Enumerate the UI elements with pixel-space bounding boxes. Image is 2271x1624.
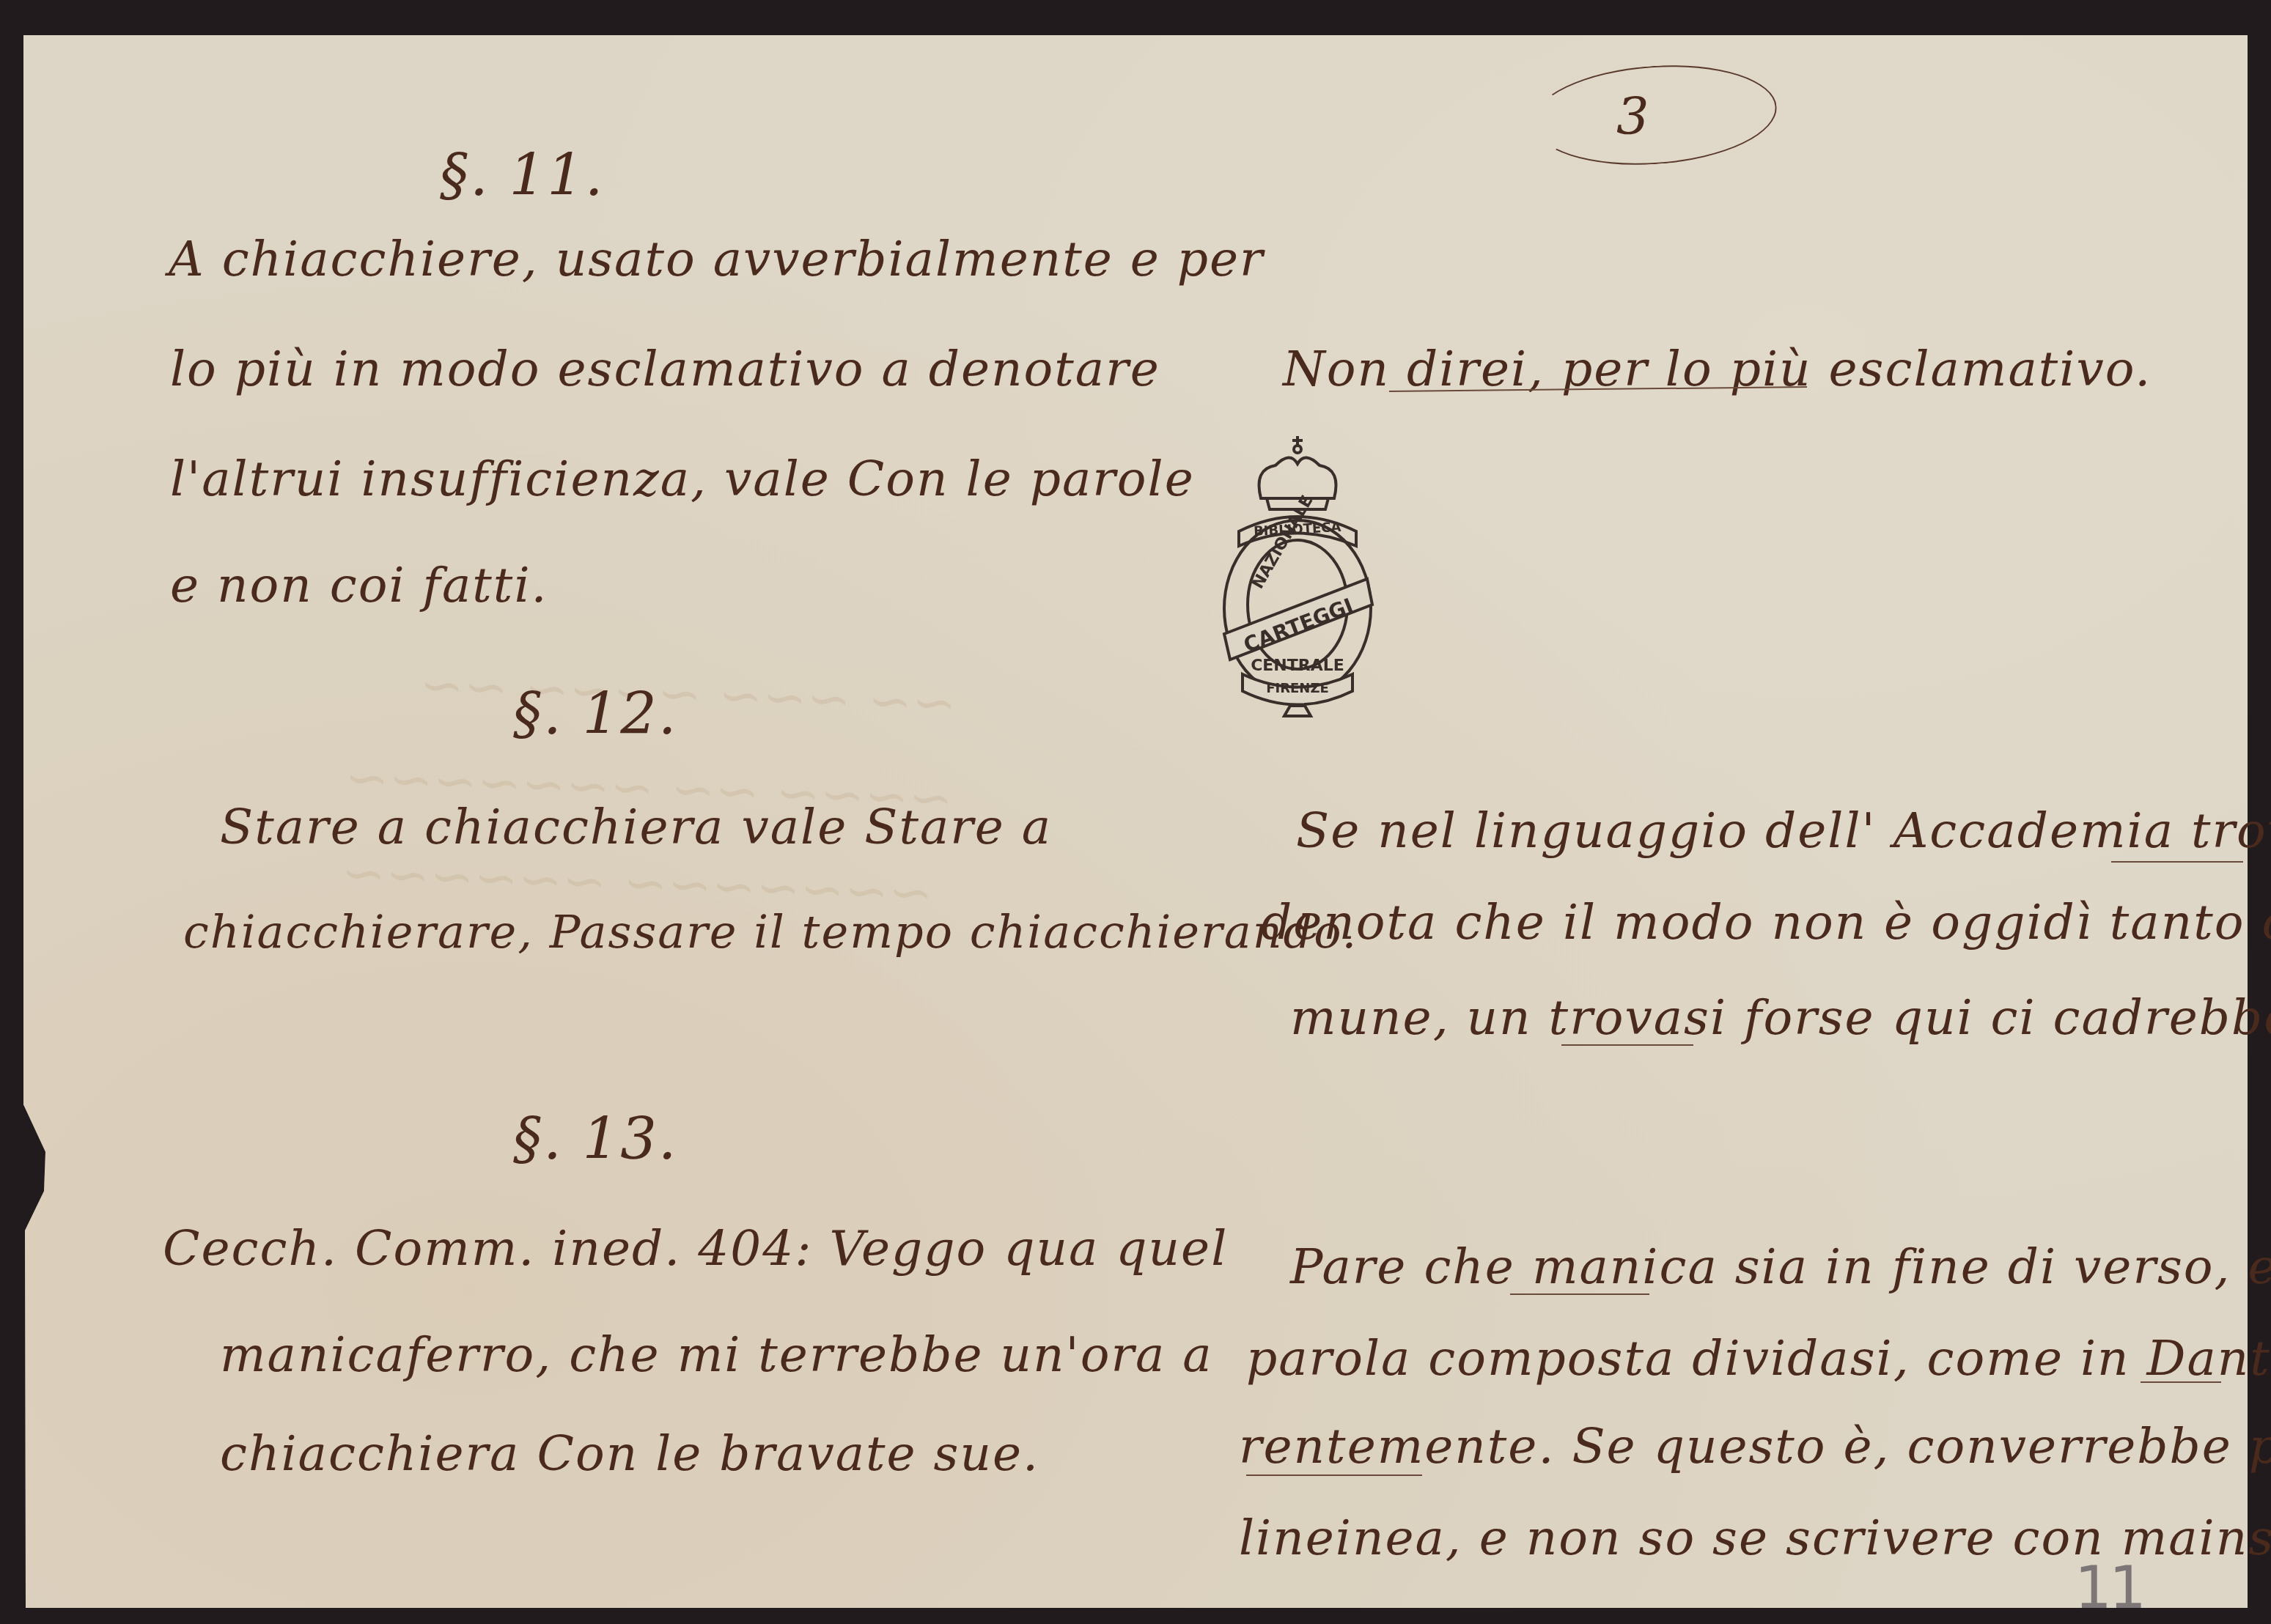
- svg-text:CENTRALE: CENTRALE: [1251, 657, 1344, 675]
- text-line: Stare a chiacchiera vale Stare a: [220, 799, 1052, 855]
- text-line: l'altrui insufficienza, vale Con le paro…: [170, 451, 1195, 507]
- page-number: 3: [1616, 86, 1649, 147]
- svg-text:FIRENZE: FIRENZE: [1266, 681, 1329, 696]
- section-heading: §. 13.: [513, 1107, 678, 1173]
- note-text: denota che il modo non è oggidì tanto co…: [1261, 894, 2271, 951]
- bleed-through-text: ~~ ~~~ ~~~~ ~~ ~~~~ ~~ ~~~~~~~ ~~~~~~~ ~…: [339, 635, 957, 942]
- text-line: e non coi fatti.: [170, 557, 548, 613]
- underline-manica: [1510, 1293, 1649, 1295]
- citation-line: manicaferro, che mi terrebbe un'ora a: [220, 1326, 1213, 1383]
- library-stamp-biblioteca-nazionale-centrale-firenze: BIBLIOTECA NAZIONALE CARTEGGI CENTRALE F…: [1210, 429, 1385, 722]
- note-text: Pare che manica sia in fine di verso, e …: [1290, 1239, 2271, 1295]
- note-text: parola composta dividasi, come in Dante …: [1246, 1330, 2271, 1387]
- underline-rentemente: [1246, 1474, 1422, 1476]
- note-1-line: Non direi, per lo più esclamativo.: [1283, 341, 2152, 397]
- underline-diffe: [2141, 1381, 2221, 1383]
- citation-line: chiacchiera Con le bravate sue.: [220, 1425, 1039, 1482]
- underline-trovasi: [1561, 1044, 1693, 1046]
- note-text: rentemente. Se questo è, converrebbe par…: [1239, 1418, 2271, 1474]
- text-line: lo più in modo esclamativo a denotare: [170, 341, 1160, 397]
- underline-trovasi: [2111, 861, 2243, 863]
- citation-line: Cecch. Comm. ined. 404: Veggo qua quel: [163, 1220, 1228, 1277]
- note-text: Non direi, per lo più esclamativo.: [1283, 341, 2152, 397]
- pencil-folio-number: 11: [2075, 1554, 2143, 1622]
- section-heading: §. 11.: [440, 143, 605, 209]
- note-text: mune, un trovasi forse qui ci cadrebbe.: [1290, 989, 2271, 1046]
- text-line: A chiacchiere, usato avverbialmente e pe…: [169, 231, 1265, 287]
- section-heading: §. 12.: [513, 682, 678, 748]
- note-text: Se nel linguaggio dell' Accademia trovas…: [1296, 802, 2271, 859]
- text-line: chiacchierare, Passare il tempo chiacchi…: [183, 905, 1358, 959]
